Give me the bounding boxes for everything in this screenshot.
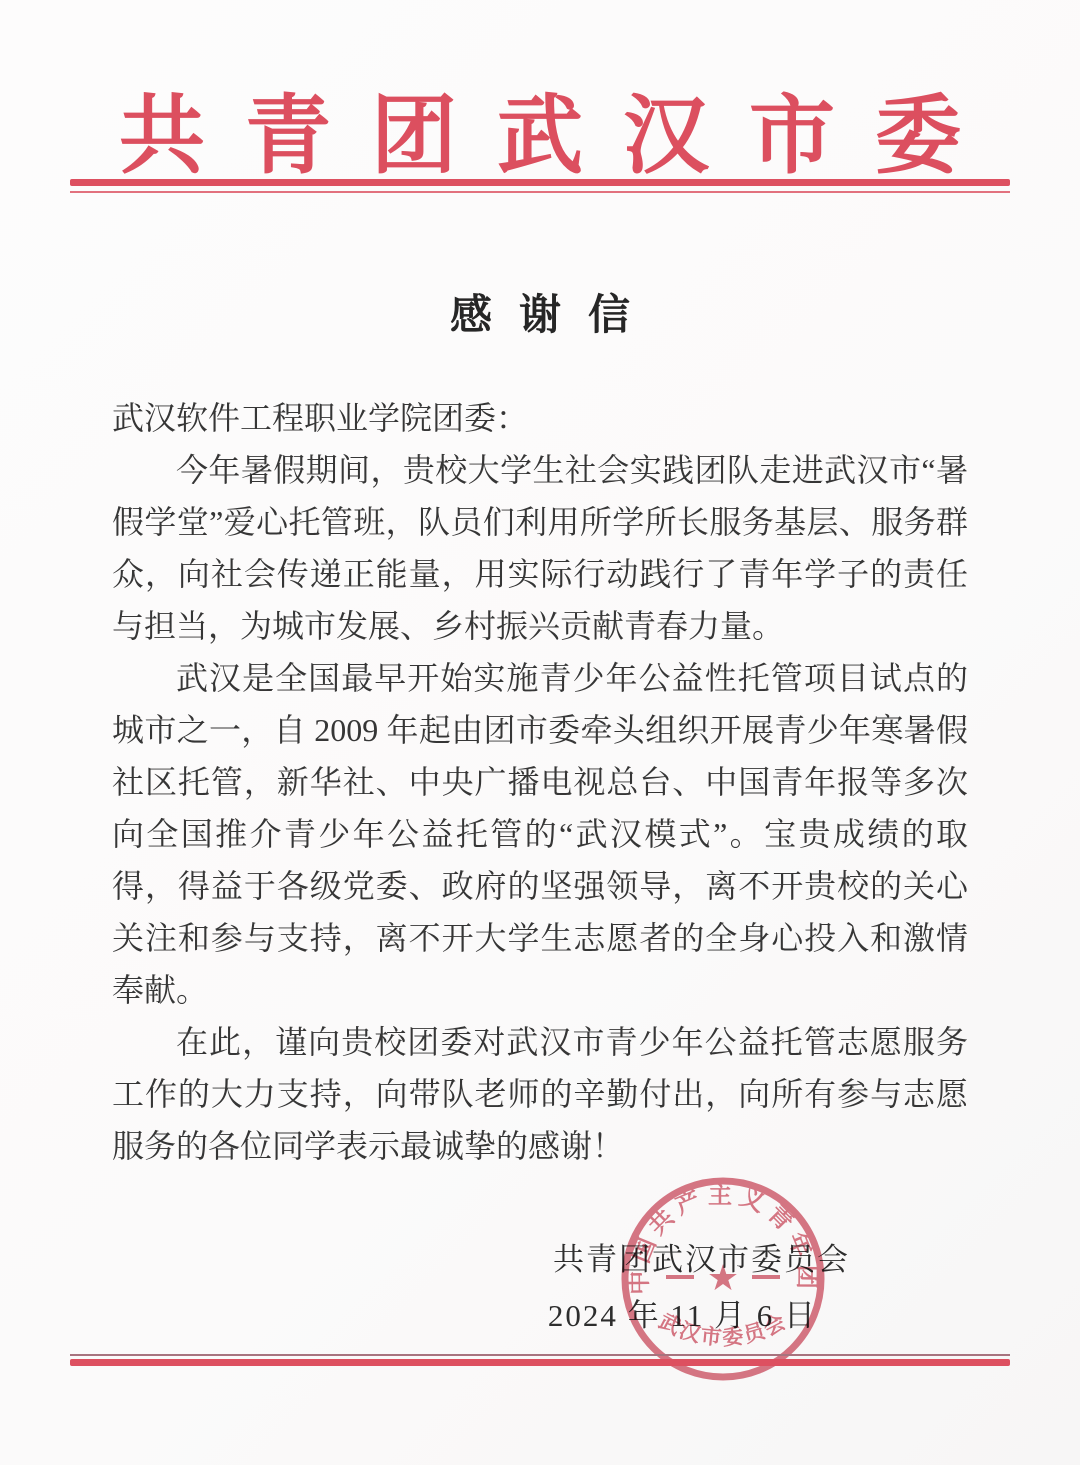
seal-ring [625, 1181, 821, 1377]
salutation: 武汉软件工程职业学院团委： [112, 392, 968, 444]
footer-rule-thin [70, 1354, 1010, 1356]
letter-body: 武汉软件工程职业学院团委： 今年暑假期间，贵校大学生社会实践团队走进武汉市“暑假… [112, 392, 968, 1172]
letter-title: 感谢信 [0, 282, 1080, 342]
paragraph-2: 武汉是全国最早开始实施青少年公益性托管项目试点的城市之一，自 2009 年起由团… [112, 652, 968, 1016]
paragraph-1: 今年暑假期间，贵校大学生社会实践团队走进武汉市“暑假学堂”爱心托管班，队员们利用… [112, 444, 968, 652]
seal-graphic: 中国共产主义青年团 ★ 武汉市委员会 [618, 1174, 828, 1384]
footer-double-rule [70, 1354, 1010, 1366]
footer-rule-thick [70, 1359, 1010, 1366]
signature-org: 共青团武汉市委员会 [553, 1234, 850, 1279]
header-double-rule [70, 179, 1010, 193]
letterhead-org-name: 共青团武汉市委 [0, 66, 1080, 190]
official-seal: 中国共产主义青年团 ★ 武汉市委员会 [618, 1174, 828, 1384]
signature-date: 2024 年 11 月 6 日 [548, 1290, 817, 1335]
header-rule-thin [70, 191, 1010, 193]
header-rule-thick [70, 179, 1010, 186]
letter-page: 共青团武汉市委 感谢信 武汉软件工程职业学院团委： 今年暑假期间，贵校大学生社会… [0, 0, 1080, 1465]
paragraph-3: 在此，谨向贵校团委对武汉市青少年公益托管志愿服务工作的大力支持，向带队老师的辛勤… [112, 1016, 968, 1172]
